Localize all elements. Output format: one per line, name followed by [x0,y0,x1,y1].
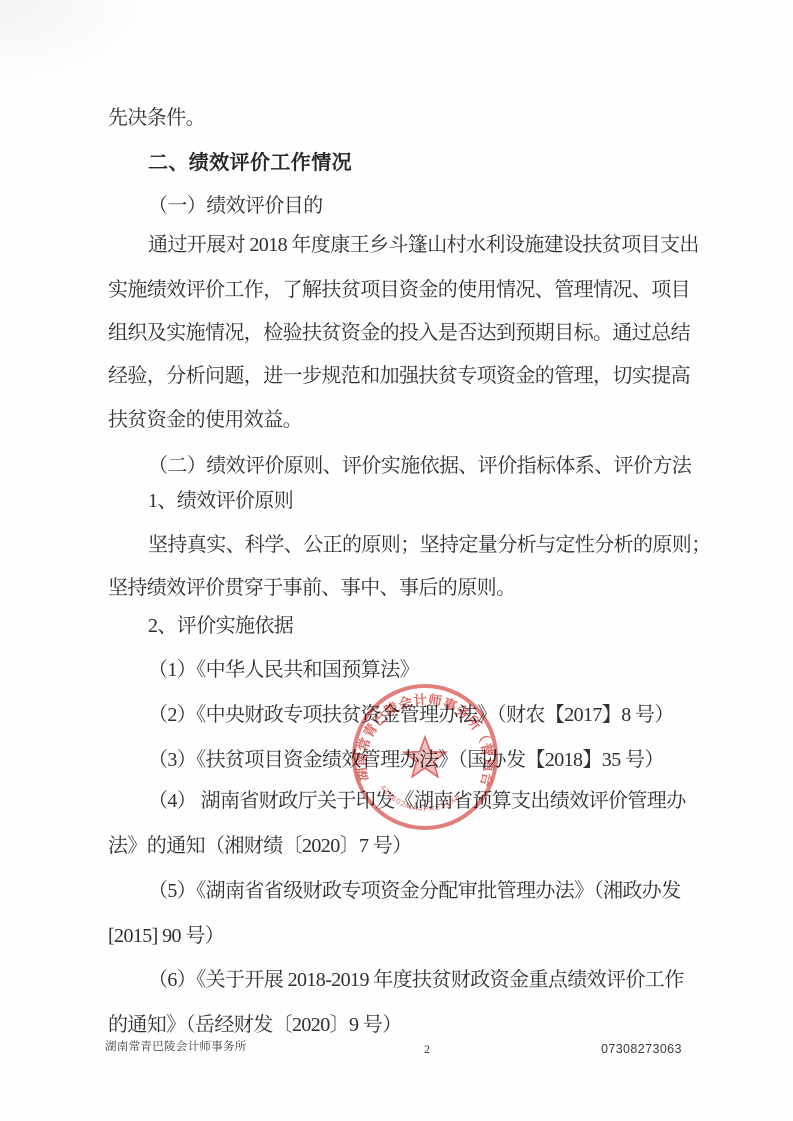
doc-line: 先决条件。 [108,108,205,128]
footer-firm-name: 湖南常青巴陵会计师事务所 [105,1042,247,1054]
list-item: （5）《湖南省省级财政专项资金分配审批管理办法》（湘政办发 [148,881,681,901]
doc-line: 实施绩效评价工作，了解扶贫项目资金的使用情况、管理情况、项目 [108,280,690,300]
doc-line: 法》的通知（湘财绩〔2020〕7 号） [108,836,412,856]
subsection-heading: （一）绩效评价目的 [148,196,323,216]
subsection-heading: （二）绩效评价原则、评价实施依据、评价指标体系、评价方法 [148,456,691,476]
numbered-heading: 1、绩效评价原则 [148,491,293,511]
svg-text:湖南常青巴陵会计师事务所（普通合伙）: 湖南常青巴陵会计师事务所（普通合伙） [340,672,497,789]
seal-arc-text: 湖南常青巴陵会计师事务所（普通合伙） [340,672,497,789]
list-item: （4） 湖南省财政厅关于印发《湖南省预算支出绩效评价管理办 [148,791,686,811]
doc-line: 经验，分析问题，进一步规范和加强扶贫专项资金的管理，切实提高 [108,366,690,386]
numbered-heading: 2、评价实施依据 [148,616,293,636]
footer-page-number: 2 [424,1043,430,1055]
list-item: （3）《扶贫项目资金绩效管理办法》（国办发【2018】35 号） [148,750,664,770]
list-item: （2）《中央财政专项扶贫资金管理办法》（财农【2017】8 号） [148,705,674,725]
doc-line: 通过开展对 2018 年度康王乡斗篷山村水利设施建设扶贫项目支出 [148,235,699,255]
footer-code: 07308273063 [601,1043,682,1056]
doc-line: [2015] 90 号） [108,926,224,946]
doc-line: 坚持真实、科学、公正的原则；坚持定量分析与定性分析的原则； [148,535,711,555]
doc-line: 的通知》（岳经财发〔2020〕9 号） [108,1015,402,1035]
list-item: （6）《关于开展 2018-2019 年度扶贫财政资金重点绩效评价工作 [148,970,684,990]
doc-line: 扶贫资金的使用效益。 [108,410,302,430]
section-heading: 二、绩效评价工作情况 [148,153,352,173]
doc-line: 组织及实施情况，检验扶贫资金的投入是否达到预期目标。通过总结 [108,323,690,343]
list-item: （1）《中华人民共和国预算法》 [148,660,419,680]
document-page: 先决条件。 二、绩效评价工作情况 （一）绩效评价目的 通过开展对 2018 年度… [0,0,793,1121]
doc-line: 坚持绩效评价贯穿于事前、事中、事后的原则。 [108,578,515,598]
